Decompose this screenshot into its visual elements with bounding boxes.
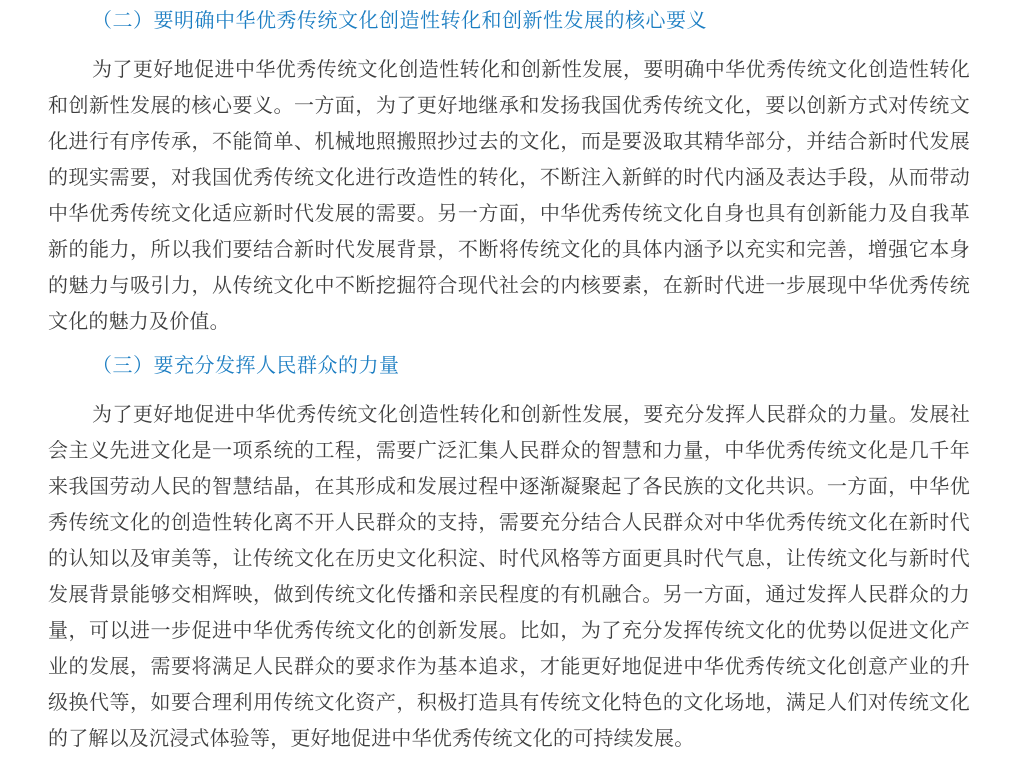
section-heading-3: （三）要充分发挥人民群众的力量 bbox=[48, 347, 970, 383]
section-heading-2: （二）要明确中华优秀传统文化创造性转化和创新性发展的核心要义 bbox=[48, 2, 970, 38]
section-3-paragraph: 为了更好地促进中华优秀传统文化创造性转化和创新性发展，要充分发挥人民群众的力量。… bbox=[48, 396, 970, 756]
section-2-paragraph: 为了更好地促进中华优秀传统文化创造性转化和创新性发展，要明确中华优秀传统文化创造… bbox=[48, 51, 970, 339]
document-body: （二）要明确中华优秀传统文化创造性转化和创新性发展的核心要义 为了更好地促进中华… bbox=[0, 0, 1013, 756]
